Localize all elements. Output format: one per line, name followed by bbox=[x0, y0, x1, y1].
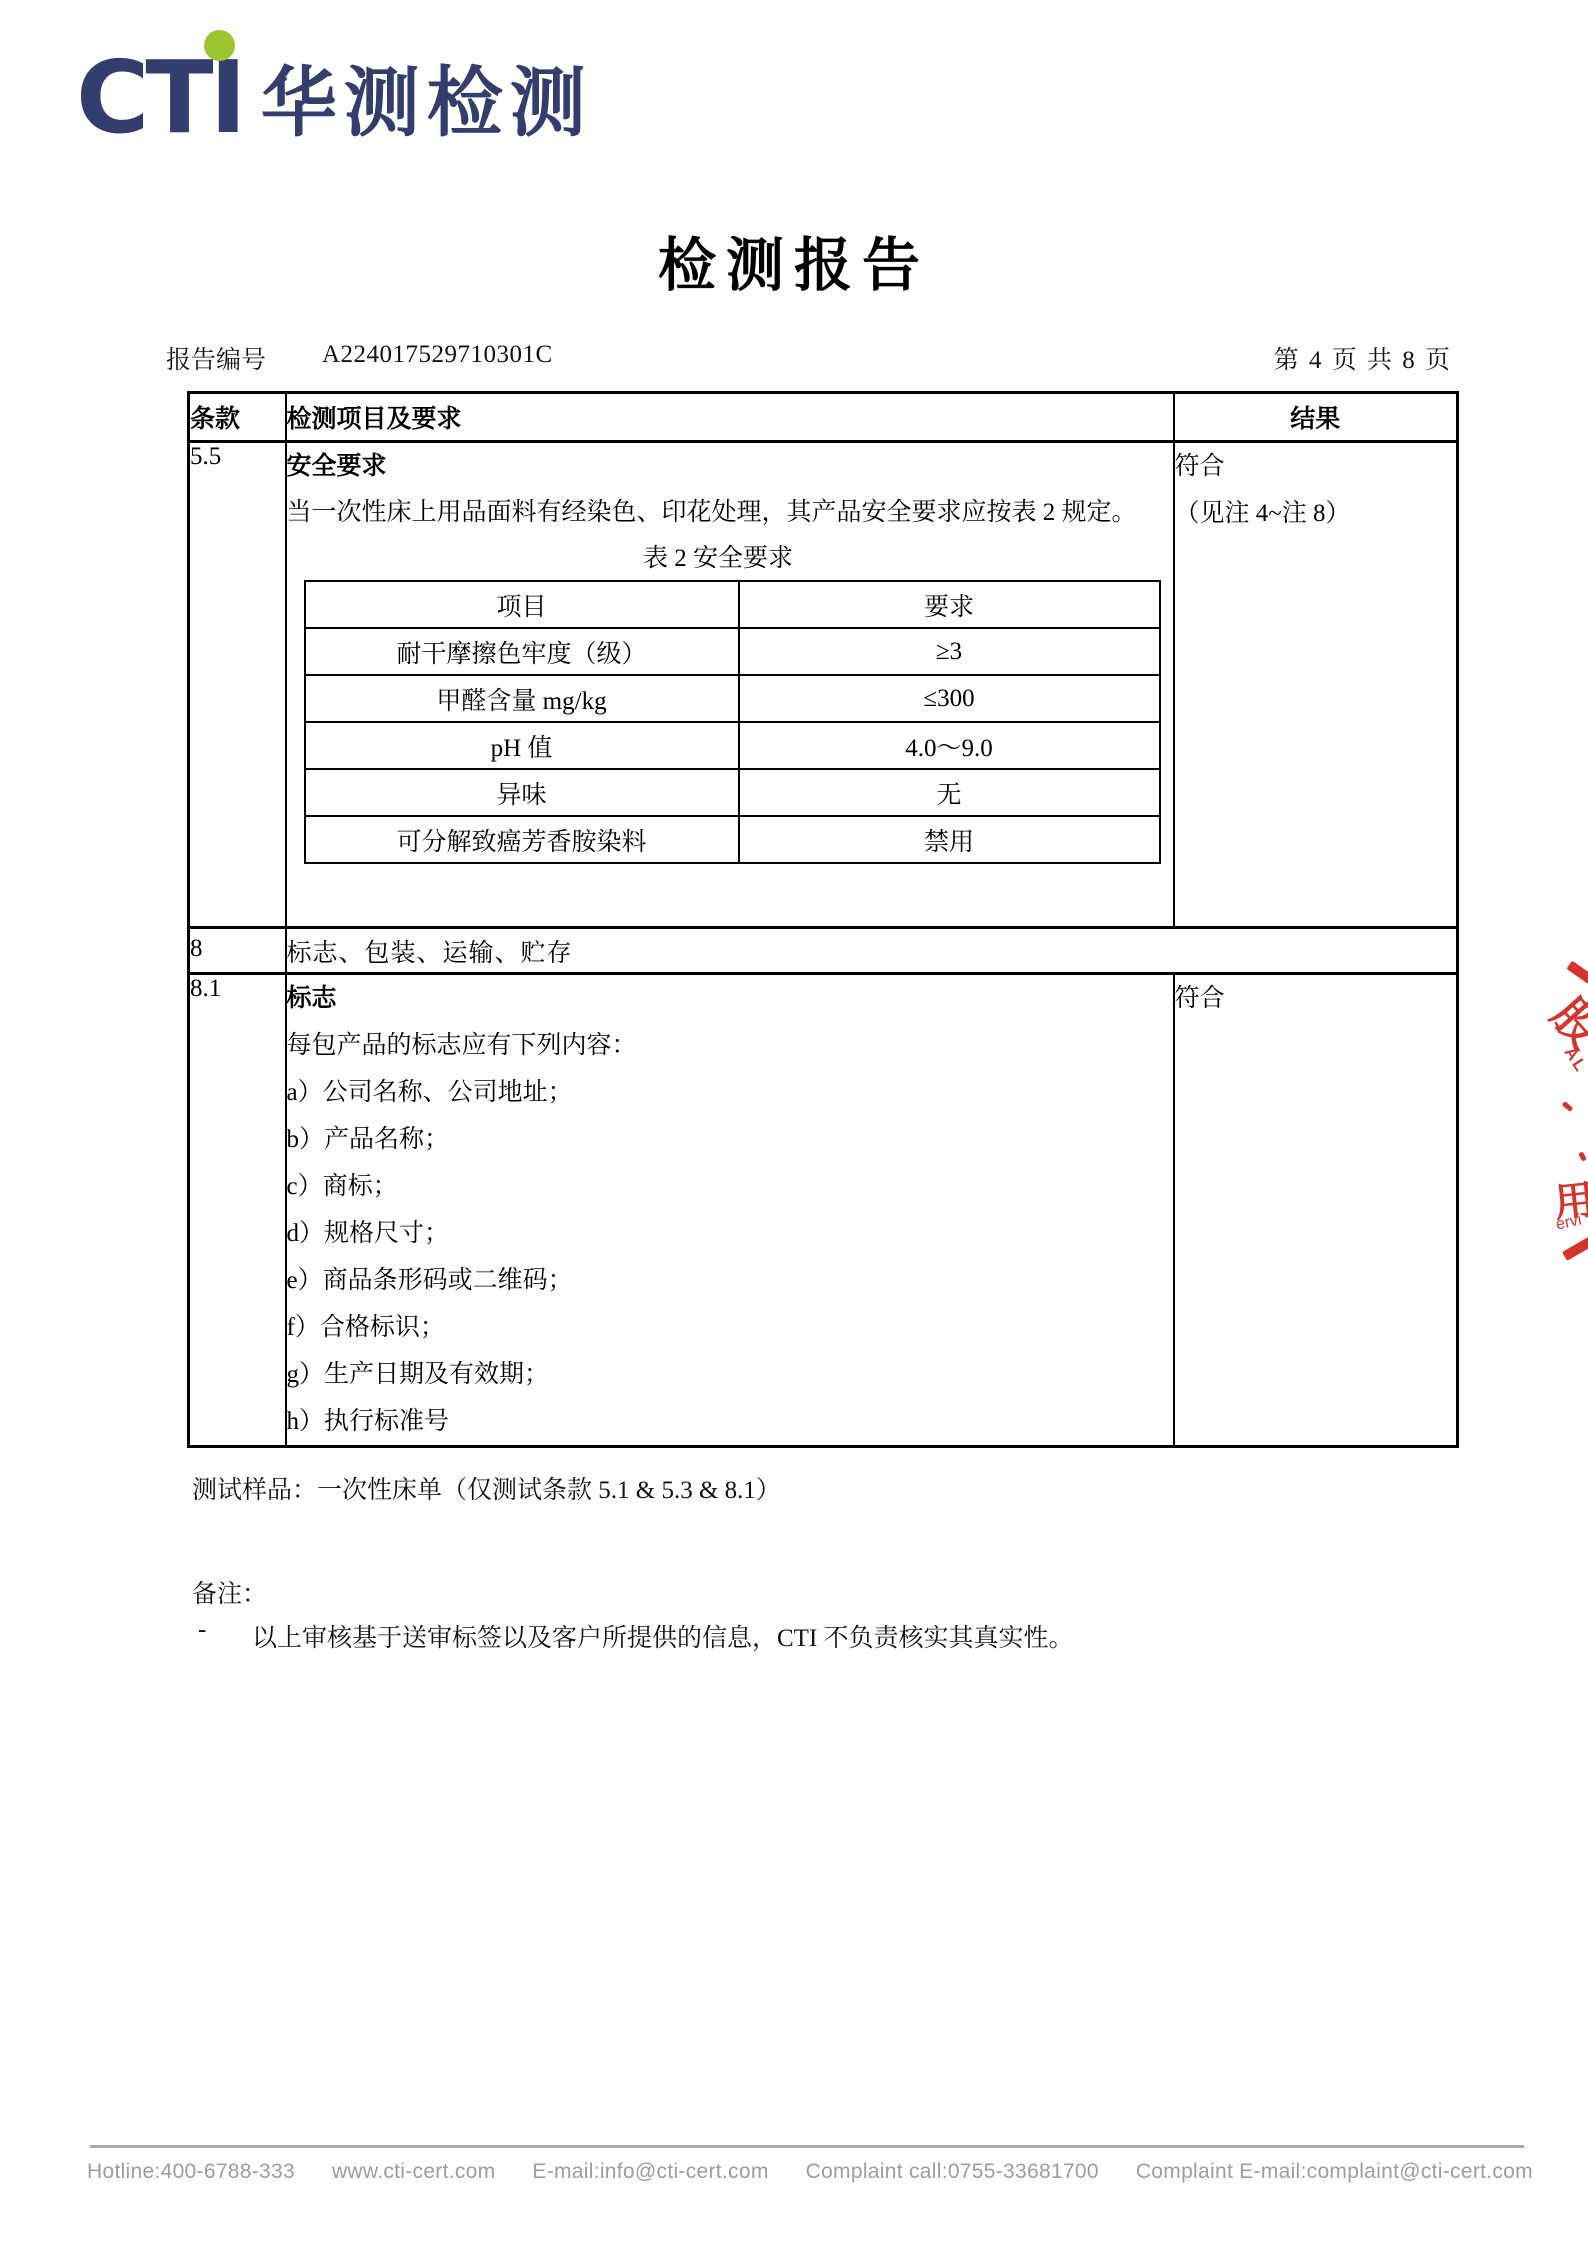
seal-stroke-icon bbox=[1562, 1233, 1588, 1261]
remark-bullet: - bbox=[198, 1616, 206, 1644]
footer-hotline: Hotline:400-6788-333 bbox=[87, 2160, 295, 2184]
footer-contact-row: Hotline:400-6788-333 www.cti-cert.com E-… bbox=[87, 2160, 1533, 2184]
inner-item: 异味 bbox=[305, 769, 739, 816]
footer-complaint-email: Complaint E-mail:complaint@cti-cert.com bbox=[1136, 2160, 1533, 2184]
marking-line-f: f）合格标识； bbox=[287, 1304, 1173, 1351]
inner-table-title: 表 2 安全要求 bbox=[291, 538, 1146, 580]
footer-complaint-call: Complaint call:0755-33681700 bbox=[806, 2160, 1099, 2184]
paragraph-safety-requirements: 当一次性床上用品面料有经染色、印花处理，其产品安全要求应按表 2 规定。 bbox=[287, 490, 1173, 536]
seal-character: 股 bbox=[1539, 982, 1588, 1060]
content-8-1: 标志 每包产品的标志应有下列内容： a）公司名称、公司地址； b）产品名称； c… bbox=[286, 974, 1174, 1447]
page-number-info: 第 4 页 共 8 页 bbox=[1274, 340, 1452, 376]
marking-line-b: b）产品名称； bbox=[287, 1116, 1173, 1163]
report-no-label: 报告编号 bbox=[166, 340, 266, 376]
clause-8: 8 bbox=[189, 928, 286, 974]
inner-req: ≥3 bbox=[739, 628, 1160, 675]
heading-safety-requirements: 安全要求 bbox=[287, 443, 1173, 490]
clause-5-5: 5.5 bbox=[189, 442, 286, 928]
marking-line-h: h）执行标准号 bbox=[287, 1398, 1173, 1445]
heading-marking: 标志 bbox=[287, 975, 1173, 1022]
cti-logo: CTI 华测检测 bbox=[76, 52, 593, 144]
result-verdict: 符合 bbox=[1175, 443, 1457, 490]
seal-latin-text: ervi bbox=[1554, 1212, 1583, 1235]
inner-item: pH 值 bbox=[305, 722, 739, 769]
header-clause: 条款 bbox=[189, 393, 286, 442]
inner-header-req: 要求 bbox=[739, 581, 1160, 628]
result-8-1: 符合 bbox=[1174, 974, 1458, 1447]
inner-row-rubbing-fastness: 耐干摩擦色牢度（级） ≥3 bbox=[305, 628, 1160, 675]
cti-logo-chinese: 华测检测 bbox=[261, 66, 593, 144]
footer-email: E-mail:info@cti-cert.com bbox=[532, 2160, 768, 2184]
footer-website: www.cti-cert.com bbox=[332, 2160, 495, 2184]
content-5-5: 安全要求 当一次性床上用品面料有经染色、印花处理，其产品安全要求应按表 2 规定… bbox=[286, 442, 1174, 928]
report-no-value: A224017529710301C bbox=[322, 341, 553, 369]
test-sample-note: 测试样品：一次性床单（仅测试条款 5.1 & 5.3 & 8.1） bbox=[192, 1476, 781, 1506]
report-meta-row: 报告编号 A224017529710301C 第 4 页 共 8 页 bbox=[166, 340, 1456, 374]
remarks-label: 备注： bbox=[192, 1574, 267, 1610]
marking-line-a: a）公司名称、公司地址； bbox=[287, 1069, 1173, 1116]
inner-req: 禁用 bbox=[739, 816, 1160, 863]
inner-row-ph: pH 值 4.0～9.0 bbox=[305, 722, 1160, 769]
footer-divider bbox=[90, 2145, 1524, 2148]
remark-text: 以上审核基于送审标签以及客户所提供的信息，CTI 不负责核实其真实性。 bbox=[252, 1618, 1074, 1654]
inner-item: 可分解致癌芳香胺染料 bbox=[305, 816, 739, 863]
inner-item: 甲醛含量 mg/kg bbox=[305, 675, 739, 722]
seal-stroke-icon bbox=[1578, 1151, 1587, 1161]
marking-line-c: c）商标； bbox=[287, 1163, 1173, 1210]
table-row-5-5: 5.5 安全要求 当一次性床上用品面料有经染色、印花处理，其产品安全要求应按表 … bbox=[189, 442, 1458, 928]
marking-line-g: g）生产日期及有效期； bbox=[287, 1351, 1173, 1398]
inner-row-odor: 异味 无 bbox=[305, 769, 1160, 816]
report-page: CTI 华测检测 检测报告 报告编号 A224017529710301C 第 4… bbox=[0, 0, 1588, 2245]
inner-header-item: 项目 bbox=[305, 581, 739, 628]
safety-requirements-table: 项目 要求 耐干摩擦色牢度（级） ≥3 甲醛含量 mg/kg ≤300 pH 值… bbox=[304, 580, 1161, 864]
marking-line-d: d）规格尺寸； bbox=[287, 1210, 1173, 1257]
test-items-table: 条款 检测项目及要求 结果 5.5 安全要求 当一次性床上用品面料有经染色、印花… bbox=[187, 391, 1459, 1448]
inner-row-formaldehyde: 甲醛含量 mg/kg ≤300 bbox=[305, 675, 1160, 722]
page-title: 检测报告 bbox=[0, 218, 1588, 302]
result-note: （见注 4~注 8） bbox=[1175, 490, 1457, 537]
inner-req: ≤300 bbox=[739, 675, 1160, 722]
inner-req: 无 bbox=[739, 769, 1160, 816]
clause-8-1: 8.1 bbox=[189, 974, 286, 1447]
red-seal-fragment: 股 AL 用 ervi bbox=[1540, 958, 1588, 1273]
inner-req: 4.0～9.0 bbox=[739, 722, 1160, 769]
result-5-5: 符合 （见注 4~注 8） bbox=[1174, 442, 1458, 928]
cti-logo-green-dot-icon bbox=[204, 30, 235, 61]
cti-logo-letters: CTI bbox=[76, 52, 243, 144]
inner-row-aromatic-amines: 可分解致癌芳香胺染料 禁用 bbox=[305, 816, 1160, 863]
inner-item: 耐干摩擦色牢度（级） bbox=[305, 628, 739, 675]
inner-header-row: 项目 要求 bbox=[305, 581, 1160, 628]
marking-line: 每包产品的标志应有下列内容： bbox=[287, 1022, 1173, 1069]
header-result: 结果 bbox=[1174, 393, 1458, 442]
result-verdict: 符合 bbox=[1175, 975, 1457, 1022]
header-item: 检测项目及要求 bbox=[286, 393, 1174, 442]
marking-line-e: e）商品条形码或二维码； bbox=[287, 1257, 1173, 1304]
table-row-8: 8 标志、包装、运输、贮存 bbox=[189, 928, 1458, 974]
table-row-8-1: 8.1 标志 每包产品的标志应有下列内容： a）公司名称、公司地址； b）产品名… bbox=[189, 974, 1458, 1447]
table-header-row: 条款 检测项目及要求 结果 bbox=[189, 393, 1458, 442]
seal-stroke-icon bbox=[1562, 1101, 1574, 1112]
heading-marking-packaging: 标志、包装、运输、贮存 bbox=[286, 928, 1458, 974]
